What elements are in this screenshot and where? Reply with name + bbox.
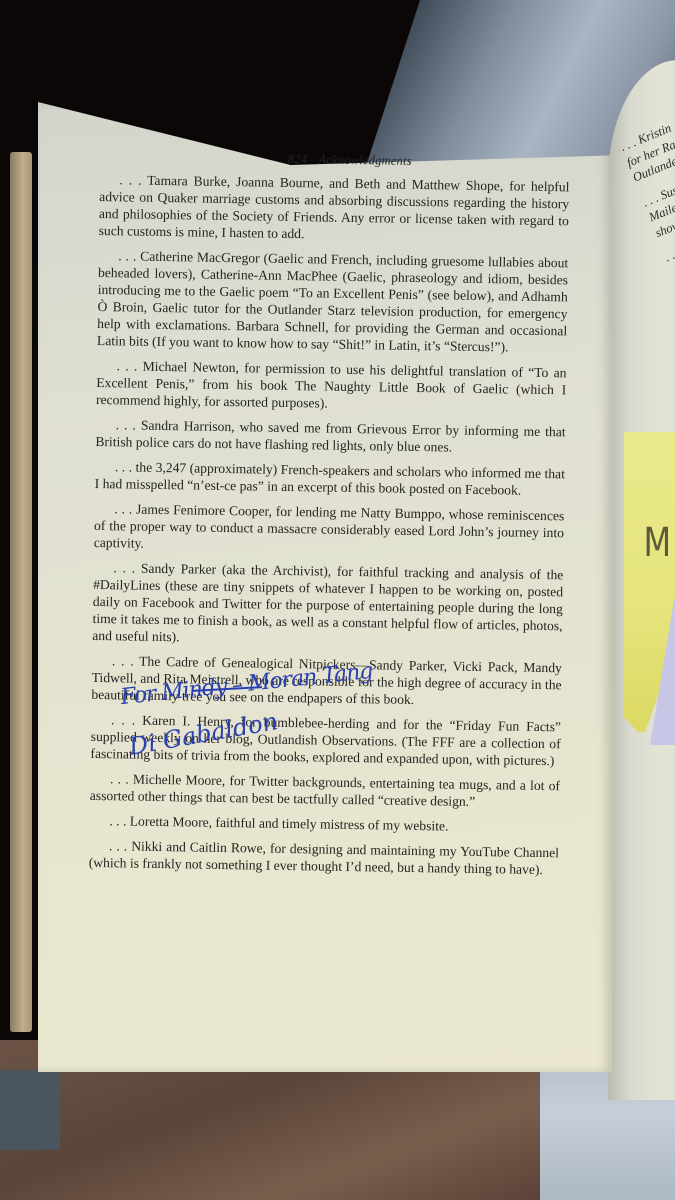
acknowledgment-paragraph: . . . Catherine MacGregor (Gaelic and Fr… xyxy=(97,247,569,356)
acknowledgment-list: . . . Tamara Burke, Joanna Bourne, and B… xyxy=(89,171,570,878)
acknowledgment-paragraph: . . . Michael Newton, for permission to … xyxy=(96,357,567,415)
acknowledgment-paragraph: . . . The Cadre of Genealogical Nitpicke… xyxy=(91,652,562,710)
book-cover-edge xyxy=(10,152,32,1032)
page-number: 824 xyxy=(288,152,308,166)
acknowledgment-paragraph: . . . Nikki and Caitlin Rowe, for design… xyxy=(89,837,559,878)
page-content: 824 Acknowledgments . . . Tamara Burke, … xyxy=(89,148,570,886)
sticky-note-letter: M xyxy=(643,520,671,566)
facing-page-text: . . . Kristinfor her RandOutlander-r. . … xyxy=(618,110,675,385)
acknowledgment-paragraph: . . . Tamara Burke, Joanna Bourne, and B… xyxy=(99,171,570,246)
acknowledgment-paragraph: . . . Karen I. Henry, for bumblebee-herd… xyxy=(90,711,561,769)
bedsheet-background-left xyxy=(0,1070,60,1150)
acknowledgment-paragraph: . . . Sandra Harrison, who saved me from… xyxy=(95,416,565,457)
running-head-title: Acknowledgments xyxy=(318,152,411,167)
acknowledgment-paragraph: . . . the 3,247 (approximately) French-s… xyxy=(95,458,565,499)
acknowledgment-paragraph: . . . James Fenimore Cooper, for lending… xyxy=(94,500,565,558)
acknowledgment-paragraph: . . . Loretta Moore, faithful and timely… xyxy=(89,812,559,836)
acknowledgment-paragraph: . . . Sandy Parker (aka the Archivist), … xyxy=(92,559,563,651)
acknowledgment-paragraph: . . . Michelle Moore, for Twitter backgr… xyxy=(90,770,560,811)
